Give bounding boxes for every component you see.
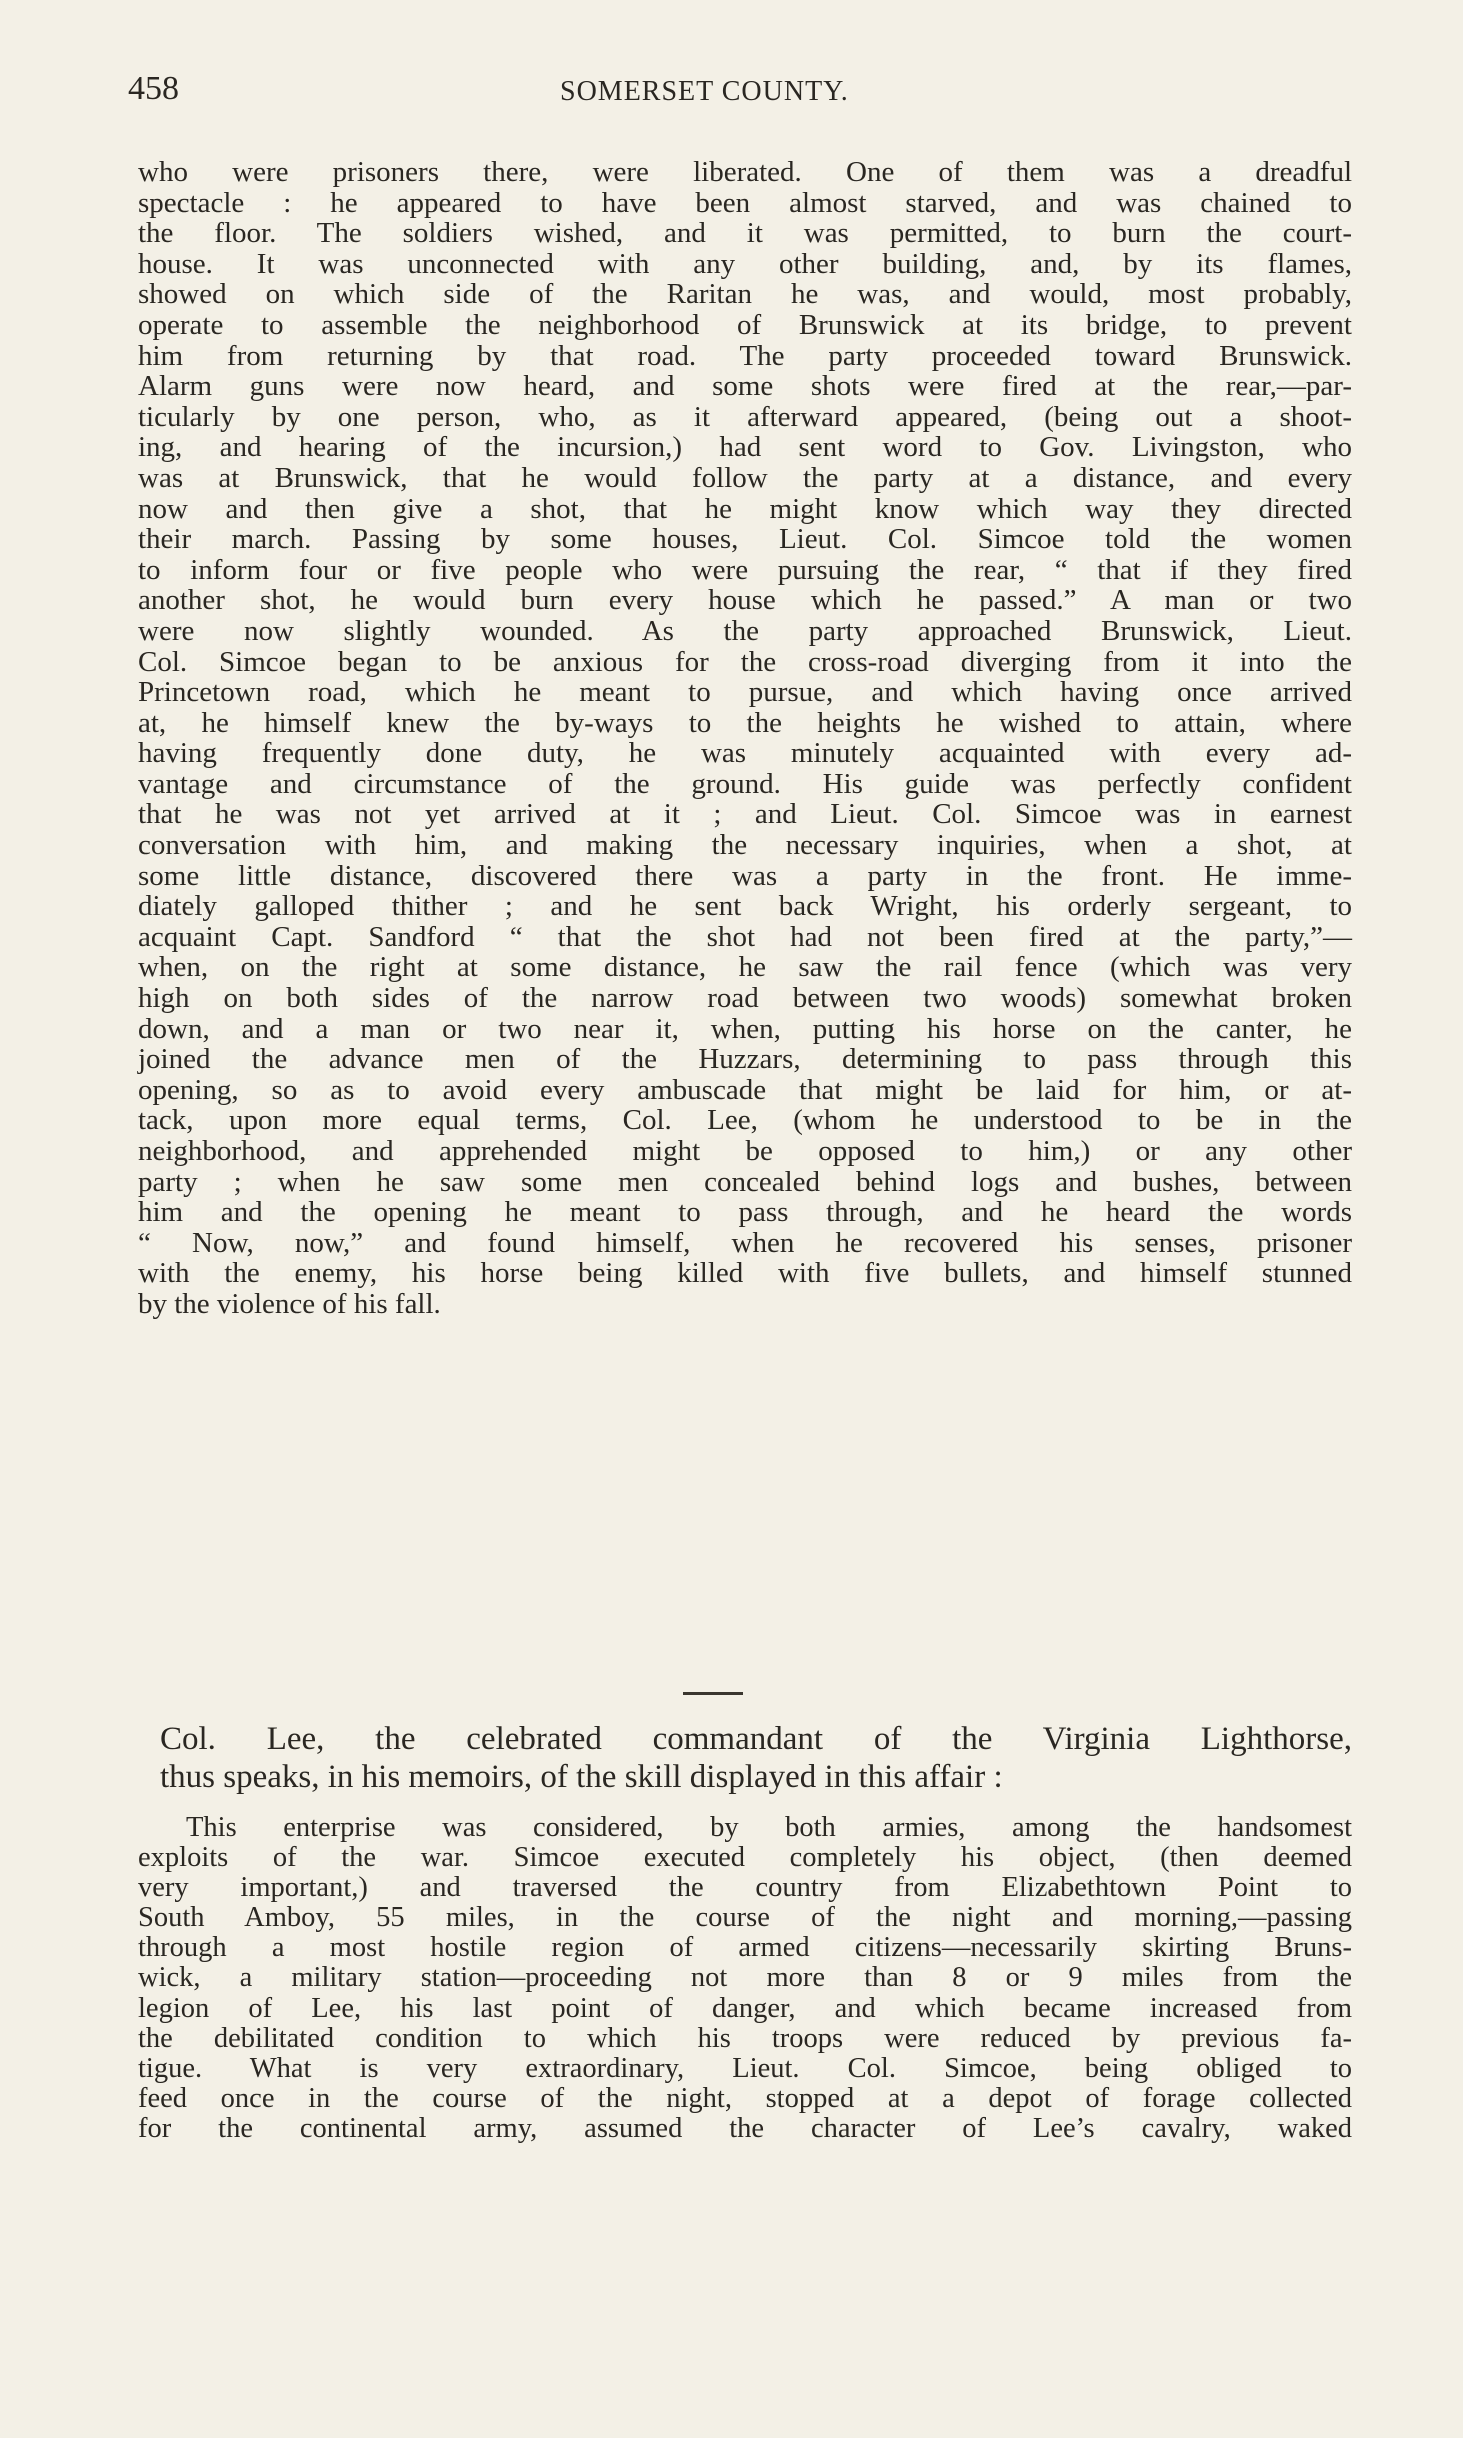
text-line: party ; when he saw some men concealed b…: [138, 1167, 1352, 1198]
section-divider: [683, 1692, 743, 1695]
text-line: spectacle : he appeared to have been alm…: [138, 188, 1352, 219]
heading-line: thus speaks, in his memoirs, of the skil…: [160, 1758, 1352, 1796]
text-line: Col. Simcoe began to be anxious for the …: [138, 647, 1352, 678]
text-line: their march. Passing by some houses, Lie…: [138, 524, 1352, 555]
text-line: conversation with him, and making the ne…: [138, 830, 1352, 861]
text-line: diately galloped thither ; and he sent b…: [138, 891, 1352, 922]
quote-line: exploits of the war. Simcoe executed com…: [138, 1843, 1352, 1873]
text-line: having frequently done duty, he was minu…: [138, 738, 1352, 769]
quote-line: the debilitated condition to which his t…: [138, 2024, 1352, 2054]
text-line: were now slightly wounded. As the party …: [138, 616, 1352, 647]
text-line: ing, and hearing of the incursion,) had …: [138, 432, 1352, 463]
text-line: with the enemy, his horse being killed w…: [138, 1258, 1352, 1289]
text-line: him and the opening he meant to pass thr…: [138, 1197, 1352, 1228]
text-line: by the violence of his fall.: [138, 1289, 1352, 1320]
main-paragraph: who were prisoners there, were liberated…: [138, 157, 1352, 1320]
text-line: that he was not yet arrived at it ; and …: [138, 799, 1352, 830]
quote-line: feed once in the course of the night, st…: [138, 2084, 1352, 2114]
section-heading: Col. Lee, the celebrated commandant of t…: [160, 1720, 1352, 1796]
text-line: “ Now, now,” and found himself, when he …: [138, 1228, 1352, 1259]
text-line: vantage and circumstance of the ground. …: [138, 769, 1352, 800]
quote-line: through a most hostile region of armed c…: [138, 1933, 1352, 1963]
text-line: Alarm guns were now heard, and some shot…: [138, 371, 1352, 402]
page-number: 458: [128, 70, 179, 108]
quote-line: very important,) and traversed the count…: [138, 1873, 1352, 1903]
text-line: him from returning by that road. The par…: [138, 341, 1352, 372]
text-line: at, he himself knew the by-ways to the h…: [138, 708, 1352, 739]
running-head: SOMERSET COUNTY.: [560, 76, 849, 108]
text-line: the floor. The soldiers wished, and it w…: [138, 218, 1352, 249]
text-line: high on both sides of the narrow road be…: [138, 983, 1352, 1014]
text-line: acquaint Capt. Sandford “ that the shot …: [138, 922, 1352, 953]
heading-line: Col. Lee, the celebrated commandant of t…: [160, 1720, 1352, 1758]
quote-line: This enterprise was considered, by both …: [138, 1813, 1352, 1843]
quote-line: South Amboy, 55 miles, in the course of …: [138, 1903, 1352, 1933]
text-line: joined the advance men of the Huzzars, d…: [138, 1044, 1352, 1075]
text-line: house. It was unconnected with any other…: [138, 249, 1352, 280]
text-line: Princetown road, which he meant to pursu…: [138, 677, 1352, 708]
text-line: down, and a man or two near it, when, pu…: [138, 1014, 1352, 1045]
text-line: another shot, he would burn every house …: [138, 585, 1352, 616]
text-line: now and then give a shot, that he might …: [138, 494, 1352, 525]
quote-line: wick, a military station—proceeding not …: [138, 1963, 1352, 1993]
quote-line: for the continental army, assumed the ch…: [138, 2114, 1352, 2144]
quoted-paragraph: This enterprise was considered, by both …: [138, 1813, 1352, 2144]
text-line: operate to assemble the neighborhood of …: [138, 310, 1352, 341]
text-line: opening, so as to avoid every ambuscade …: [138, 1075, 1352, 1106]
text-line: who were prisoners there, were liberated…: [138, 157, 1352, 188]
quote-line: legion of Lee, his last point of danger,…: [138, 1994, 1352, 2024]
text-line: when, on the right at some distance, he …: [138, 952, 1352, 983]
text-line: tack, upon more equal terms, Col. Lee, (…: [138, 1105, 1352, 1136]
text-line: showed on which side of the Raritan he w…: [138, 279, 1352, 310]
text-line: was at Brunswick, that he would follow t…: [138, 463, 1352, 494]
quote-line: tigue. What is very extraordinary, Lieut…: [138, 2054, 1352, 2084]
text-line: to inform four or five people who were p…: [138, 555, 1352, 586]
text-line: neighborhood, and apprehended might be o…: [138, 1136, 1352, 1167]
text-line: some little distance, discovered there w…: [138, 861, 1352, 892]
text-line: ticularly by one person, who, as it afte…: [138, 402, 1352, 433]
